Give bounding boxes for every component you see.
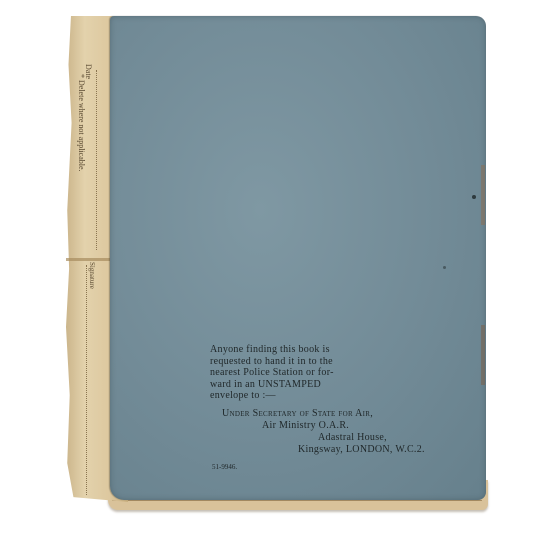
- stub-dotted-line: [96, 70, 98, 250]
- notice-line: ward in an UNSTAMPED: [210, 379, 430, 391]
- stain-spot: [472, 195, 476, 199]
- notice-line: nearest Police Station or for-: [210, 367, 430, 379]
- stub-note: * Delete where not applicable.: [77, 74, 86, 172]
- page-edge-line: [112, 500, 482, 501]
- form-code: 51-9946.: [212, 463, 237, 471]
- cover-wear: [481, 325, 485, 385]
- notice-line: Anyone finding this book is: [210, 344, 430, 356]
- stub-dotted-line: [86, 265, 88, 495]
- cover-wear: [481, 165, 485, 225]
- address-line: Air Ministry O.A.R.: [262, 420, 349, 431]
- address-line: Kingsway, LONDON, W.C.2.: [298, 444, 425, 455]
- stub-signature-label: Signature: [88, 262, 96, 289]
- notice-text: Anyone finding this book is requested to…: [210, 344, 430, 402]
- notice-line: requested to hand it in to the: [210, 356, 430, 368]
- notice-line: envelope to :—: [210, 390, 430, 402]
- address-line: Under Secretary of State for Air,: [222, 408, 373, 419]
- booklet: Date * Delete where not applicable. Sign…: [0, 0, 550, 550]
- stain-spot: [443, 266, 446, 269]
- address-line: Adastral House,: [318, 432, 387, 443]
